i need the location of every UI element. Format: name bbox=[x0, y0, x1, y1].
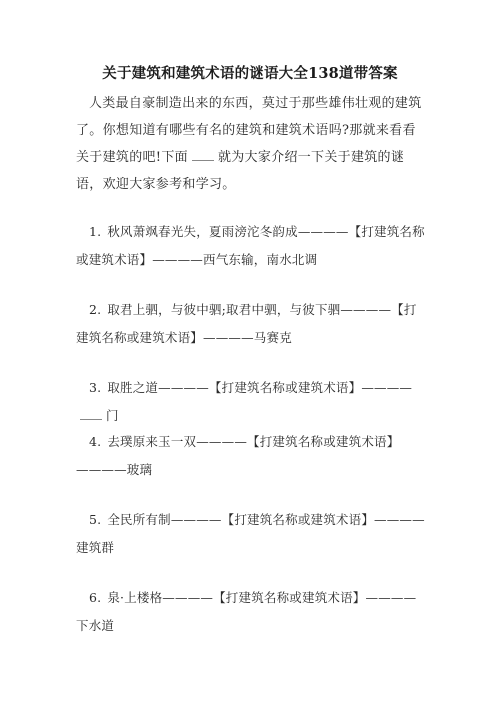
riddle-item-3: 3.取胜之道————【打建筑名称或建筑术语】————门 bbox=[76, 374, 426, 430]
riddle-number: 6. bbox=[76, 584, 101, 612]
riddle-text: 取胜之道————【打建筑名称或建筑术语】———— bbox=[107, 380, 412, 395]
riddle-text: 取君上驷，与彼中驷;取君中驷，与彼下驷————【打建筑名称或建筑术语】————马… bbox=[76, 302, 417, 345]
riddle-number: 4. bbox=[76, 428, 101, 456]
riddle-number: 5. bbox=[76, 506, 101, 534]
intro-paragraph: 人类最自豪制造出来的东西，莫过于那些雄伟壮观的建筑了。你想知道有哪些有名的建筑和… bbox=[76, 90, 428, 198]
riddle-text: 全民所有制————【打建筑名称或建筑术语】————建筑群 bbox=[76, 512, 425, 555]
document-title: 关于建筑和建筑术语的谜语大全138道带答案 bbox=[0, 62, 500, 83]
blank-underline bbox=[80, 409, 102, 420]
riddle-number: 3. bbox=[76, 374, 101, 402]
riddle-item-4: 4.去璞原来玉一双————【打建筑名称或建筑术语】————玻璃 bbox=[76, 428, 426, 484]
riddle-text: 秋风萧飒春光失，夏雨滂沱冬韵成————【打建筑名称或建筑术语】————西气东输，… bbox=[76, 224, 425, 267]
riddle-text: 泉·上楼格————【打建筑名称或建筑术语】————下水道 bbox=[76, 590, 416, 633]
riddle-item-6: 6.泉·上楼格————【打建筑名称或建筑术语】————下水道 bbox=[76, 584, 426, 640]
riddle-text: 去璞原来玉一双————【打建筑名称或建筑术语】————玻璃 bbox=[76, 434, 399, 477]
riddle-item-5: 5.全民所有制————【打建筑名称或建筑术语】————建筑群 bbox=[76, 506, 426, 562]
riddle-item-2: 2.取君上驷，与彼中驷;取君中驷，与彼下驷————【打建筑名称或建筑术语】———… bbox=[76, 296, 426, 352]
riddle-number: 2. bbox=[76, 296, 101, 324]
riddle-number: 1. bbox=[76, 218, 101, 246]
riddle-item-1: 1.秋风萧飒春光失，夏雨滂沱冬韵成————【打建筑名称或建筑术语】————西气东… bbox=[76, 218, 426, 274]
riddle-answer-suffix: 门 bbox=[106, 408, 119, 423]
blank-underline bbox=[192, 150, 214, 161]
